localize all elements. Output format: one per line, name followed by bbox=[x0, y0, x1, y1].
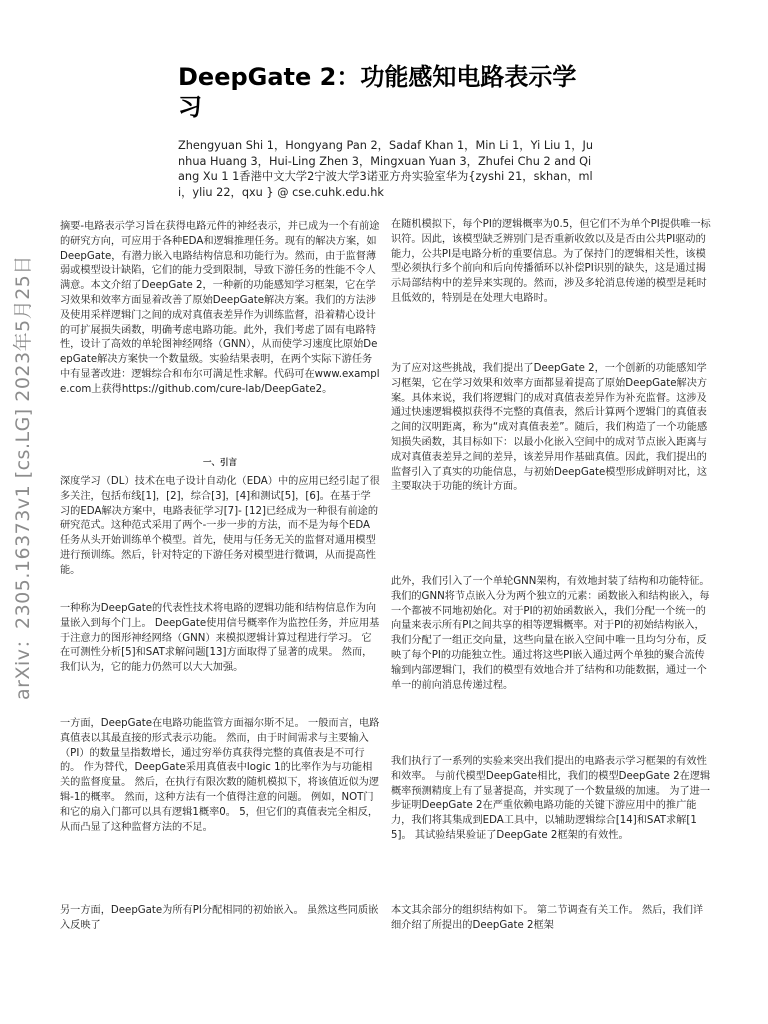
intro-paragraph-2: 一种称为DeepGate的代表性技术将电路的逻辑功能和结构信息作为向量嵌入到每个… bbox=[60, 602, 380, 676]
arxiv-identifier-stamp: arXiv：2305.16373v1 [cs.LG] 2023年5月25日 bbox=[8, 255, 35, 700]
intro-paragraph-4: 另一方面，DeepGate为所有PI分配相同的初始嵌入。 虽然这些同质嵌入反映了 bbox=[60, 904, 380, 934]
paper-title: DeepGate 2：功能感知电路表示学习 bbox=[178, 62, 598, 122]
intro-paragraph-1: 深度学习（DL）技术在电子设计自动化（EDA）中的应用已经引起了很多关注，包括布… bbox=[60, 475, 380, 579]
right-paragraph-2: 为了应对这些挑战，我们提出了DeepGate 2，一个创新的功能感知学习框架，它… bbox=[391, 362, 711, 495]
right-paragraph-5: 本文其余部分的组织结构如下。 第二节调查有关工作。 然后，我们详细介绍了所提出的… bbox=[391, 904, 711, 934]
intro-paragraph-3: 一方面，DeepGate在电路功能监管方面福尔斯不足。 一般而言，电路真值表以其… bbox=[60, 717, 380, 835]
right-paragraph-4: 我们执行了一系列的实验来突出我们提出的电路表示学习框架的有效性和效率。 与前代模… bbox=[391, 755, 711, 844]
right-paragraph-1: 在随机模拟下，每个PI的逻辑概率为0.5，但它们不为单个PI提供唯一标识符。因此… bbox=[391, 218, 711, 307]
author-affiliations: Zhengyuan Shi 1，Hongyang Pan 2，Sadaf Kha… bbox=[178, 138, 598, 200]
abstract: 摘要-电路表示学习旨在获得电路元件的神经表示，并已成为一个有前途的研究方向，可应… bbox=[60, 220, 380, 398]
right-paragraph-3: 此外，我们引入了一个单轮GNN架构，有效地封装了结构和功能特征。我们的GNN将节… bbox=[391, 575, 711, 693]
section-heading-introduction: 一、引言 bbox=[60, 456, 380, 468]
